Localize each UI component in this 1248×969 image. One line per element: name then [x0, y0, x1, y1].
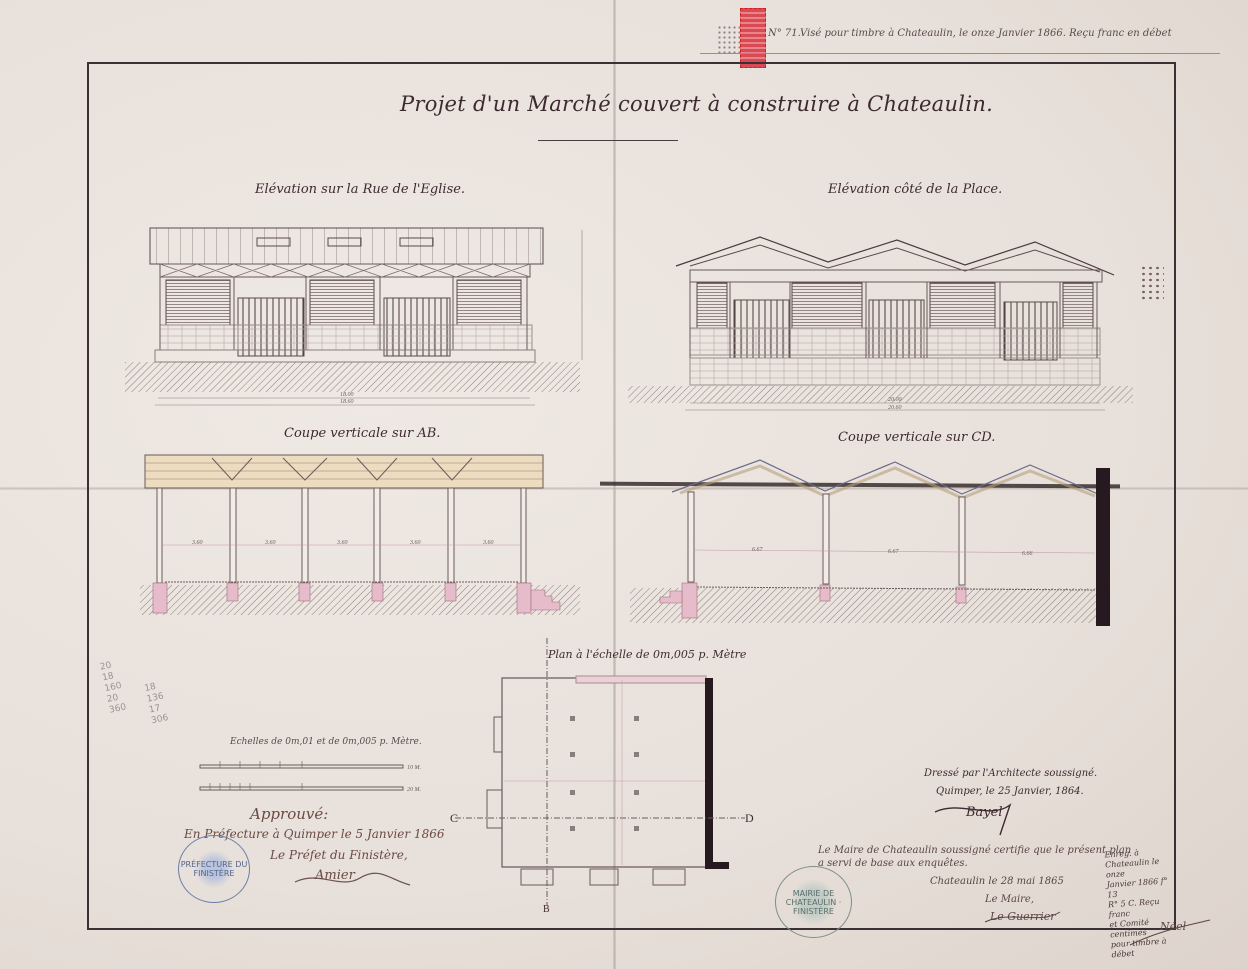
- plan-label-d: D: [745, 811, 754, 825]
- dim-18-00: 18.00: [340, 392, 354, 398]
- approval-line2: Le Préfet du Finistère,: [270, 848, 408, 862]
- span-ab-3: 3.60: [336, 540, 348, 546]
- span-ab-5: 3.60: [482, 540, 494, 546]
- architect-line2: Quimper, le 25 Janvier, 1864.: [936, 786, 1084, 797]
- mayor-line1: Le Maire de Chateaulin soussigné certifi…: [818, 845, 1131, 856]
- approval-heading: Approuvé:: [250, 805, 328, 823]
- prefect-signature: Amier: [315, 868, 355, 883]
- mayor-line4: Le Maire,: [985, 894, 1034, 905]
- registration-signature: Néel: [1160, 920, 1186, 933]
- dim-18-60: 18.60: [340, 399, 354, 405]
- span-ab-2: 3.60: [264, 540, 276, 546]
- architect-line1: Dressé par l'Architecte soussigné.: [924, 768, 1097, 779]
- mayor-line2: a servi de base aux enquêtes.: [818, 858, 968, 869]
- plan-label-c: C: [450, 811, 458, 825]
- scale-bar2-end: 20 M.: [407, 787, 421, 793]
- section-ab-drawing: [140, 455, 580, 615]
- span-ab-1: 3.60: [191, 540, 203, 546]
- scale-bar1-end: 10 M.: [407, 765, 421, 771]
- floor-plan-drawing: [455, 638, 745, 905]
- mayor-signature: Le Guerrier: [990, 910, 1056, 923]
- prefecture-seal-icon: PRÉFECTURE DU FINISTÈRE: [178, 835, 250, 903]
- elevation-place-drawing: [628, 237, 1133, 410]
- mairie-seal-text: MAIRIE DE CHATEAULIN · FINISTÈRE: [776, 889, 851, 916]
- architectural-plan-sheet: N° 71. Visé pour timbre à Chateaulin, le…: [0, 0, 1248, 969]
- prefecture-seal-text: PRÉFECTURE DU FINISTÈRE: [179, 860, 249, 878]
- scale-bars: [200, 761, 403, 790]
- span-cd-2: 6.67: [888, 549, 900, 555]
- drawings-layer: 18.00 18.60 20.00 20.60: [0, 0, 1248, 969]
- pinhole-marks: [1140, 265, 1164, 301]
- scale-bar-caption: Echelles de 0m,01 et de 0m,005 p. Mètre.: [230, 737, 422, 747]
- plan-label-b: B: [543, 904, 550, 915]
- mairie-seal-icon: MAIRIE DE CHATEAULIN · FINISTÈRE: [775, 866, 852, 938]
- span-ab-4: 3.60: [409, 540, 421, 546]
- dim-20-60: 20.60: [888, 405, 902, 411]
- span-cd-3: 6.66: [1022, 551, 1033, 557]
- architect-signature: Bayel: [966, 805, 1003, 820]
- elevation-rue-drawing: [125, 228, 582, 405]
- span-cd-1: 6.67: [752, 547, 764, 553]
- mayor-line3: Chateaulin le 28 mai 1865: [930, 876, 1064, 887]
- dim-20-00: 20.00: [888, 397, 902, 403]
- section-cd-drawing: [630, 460, 1110, 626]
- registration-note: Enreg. à Chateaulin le onze Janvier 1866…: [1104, 846, 1182, 961]
